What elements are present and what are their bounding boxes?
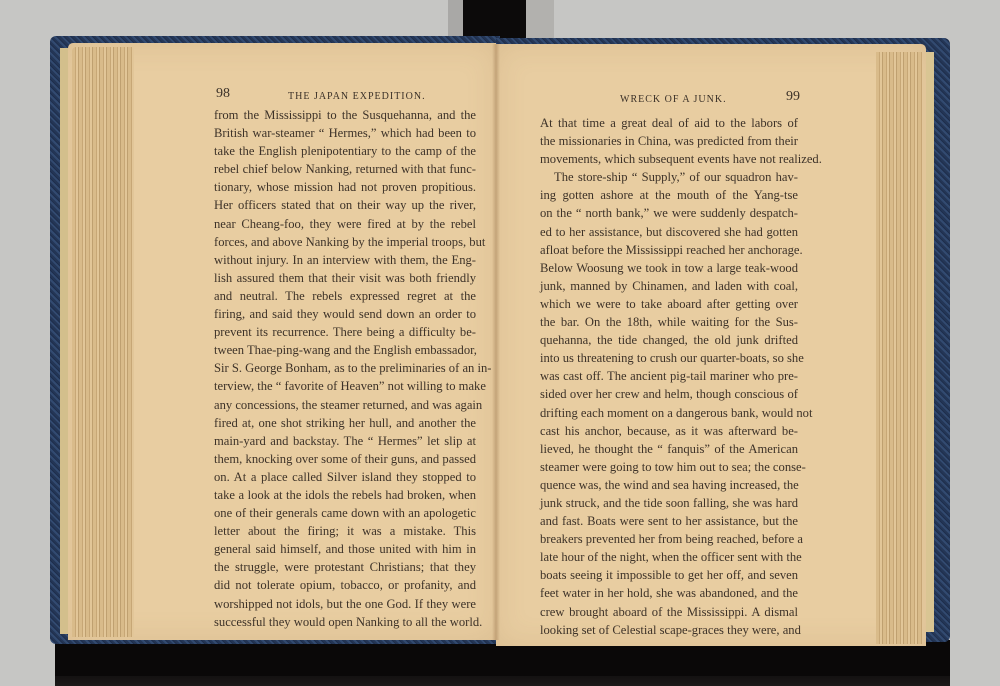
text-line: letter about the firing; it was a mistak…	[214, 522, 476, 540]
text-line: junk, manned by Chinamen, and laden with…	[540, 277, 798, 295]
text-line: the bar. On the 18th, while waiting for …	[540, 313, 798, 331]
text-line: on the “ north bank,” we were suddenly d…	[540, 204, 798, 222]
right-running-head: WRECK OF A JUNK.	[620, 94, 727, 105]
text-line: quence was, the wind and sea having incr…	[540, 476, 798, 494]
book-gutter	[492, 44, 500, 640]
right-page-body: At that time a great deal of aid to the …	[540, 114, 798, 639]
text-line: rebel chief below Nanking, returned with…	[214, 160, 476, 178]
text-line: without injury. In an interview with the…	[214, 251, 476, 269]
text-line: British war-steamer “ Hermes,” which had…	[214, 124, 476, 142]
text-line: near Cheang-foo, they were fired at by t…	[214, 215, 476, 233]
text-line: prevent its recurrence. There being a di…	[214, 323, 476, 341]
background-shadow	[526, 0, 554, 38]
text-line: movements, which subsequent events have …	[540, 150, 798, 168]
text-line: junk struck, and the tide soon falling, …	[540, 494, 798, 512]
text-line: into us threatening to crush our quarter…	[540, 349, 798, 367]
text-line: which we were to take aboard after getti…	[540, 295, 798, 313]
text-line: from the Mississippi to the Susquehanna,…	[214, 106, 476, 124]
text-line: The store-ship “ Supply,” of our squadro…	[540, 168, 798, 186]
text-line: ing gotten ashore at the mouth of the Ya…	[540, 186, 798, 204]
text-line: the missionaries in China, was predicted…	[540, 132, 798, 150]
text-line: and fast. Boats were sent to her assista…	[540, 512, 798, 530]
left-page-number: 98	[216, 86, 230, 102]
text-line: Below Woosung we took in tow a large tea…	[540, 259, 798, 277]
right-page-number: 99	[786, 89, 800, 105]
book-shadow-fade	[55, 676, 950, 686]
page-edges-left	[72, 47, 134, 637]
text-line: feet water in her hold, she was abandone…	[540, 584, 798, 602]
text-line: main-yard and backstay. The “ Hermes” le…	[214, 432, 476, 450]
text-line: firing, and said they would send down an…	[214, 305, 476, 323]
text-line: sided over her crew and helm, though con…	[540, 385, 798, 403]
text-line: lish assured them that their visit was b…	[214, 269, 476, 287]
text-line: general said himself, and those united w…	[214, 540, 476, 558]
text-line: steamer were going to tow him out to sea…	[540, 458, 798, 476]
background-shadow	[448, 0, 464, 38]
text-line: boats seeing it impossible to get her of…	[540, 566, 798, 584]
left-page-body: from the Mississippi to the Susquehanna,…	[214, 106, 476, 631]
text-line: did not tolerate opium, tobacco, or prof…	[214, 576, 476, 594]
text-line: quehanna, the tide changed, the old junk…	[540, 331, 798, 349]
text-line: lieved, he thought the “ fanquis” of the…	[540, 440, 798, 458]
text-line: Sir S. George Bonham, as to the prelimin…	[214, 359, 476, 377]
text-line: successful they would open Nanking to al…	[214, 613, 476, 631]
text-line: the struggle, were protestant Christians…	[214, 558, 476, 576]
text-line: take the English plenipotentiary to the …	[214, 142, 476, 160]
text-line: Her officers stated that on their way up…	[214, 196, 476, 214]
text-line: tween Thae-ping-wang and the English emb…	[214, 341, 476, 359]
text-line: tionary, whose mission had not proven pr…	[214, 178, 476, 196]
text-line: and neutral. The rebels expressed regret…	[214, 287, 476, 305]
text-line: forces, and above Nanking by the imperia…	[214, 233, 476, 251]
text-line: fired at, one shot striking her hull, an…	[214, 414, 476, 432]
text-line: them, knocking over some of their guns, …	[214, 450, 476, 468]
text-line: ed to her assistance, but discovered she…	[540, 223, 798, 241]
text-line: worshipped not idols, but the one God. I…	[214, 595, 476, 613]
text-line: on. At a place called Silver island they…	[214, 468, 476, 486]
text-line: any concessions, the steamer returned, a…	[214, 396, 476, 414]
book-cradle-top	[463, 0, 526, 40]
text-line: terview, the “ favorite of Heaven” not w…	[214, 377, 476, 395]
text-line: drifting each moment on a dangerous bank…	[540, 404, 798, 422]
text-line: take a look at the idols the rebels had …	[214, 486, 476, 504]
text-line: crew brought aboard of the Mississippi. …	[540, 603, 798, 621]
text-line: cast his anchor, because, as it was afte…	[540, 422, 798, 440]
text-line: breakers prevented her from being reache…	[540, 530, 798, 548]
text-line: At that time a great deal of aid to the …	[540, 114, 798, 132]
page-edges-right	[876, 52, 922, 644]
text-line: was cast off. The ancient pig-tail marin…	[540, 367, 798, 385]
text-line: afloat before the Mississippi reached he…	[540, 241, 798, 259]
text-line: one of their generals came down with an …	[214, 504, 476, 522]
text-line: late hour of the night, when the officer…	[540, 548, 798, 566]
text-line: looking set of Celestial scape-graces th…	[540, 621, 798, 639]
left-running-head: THE JAPAN EXPEDITION.	[288, 91, 426, 102]
